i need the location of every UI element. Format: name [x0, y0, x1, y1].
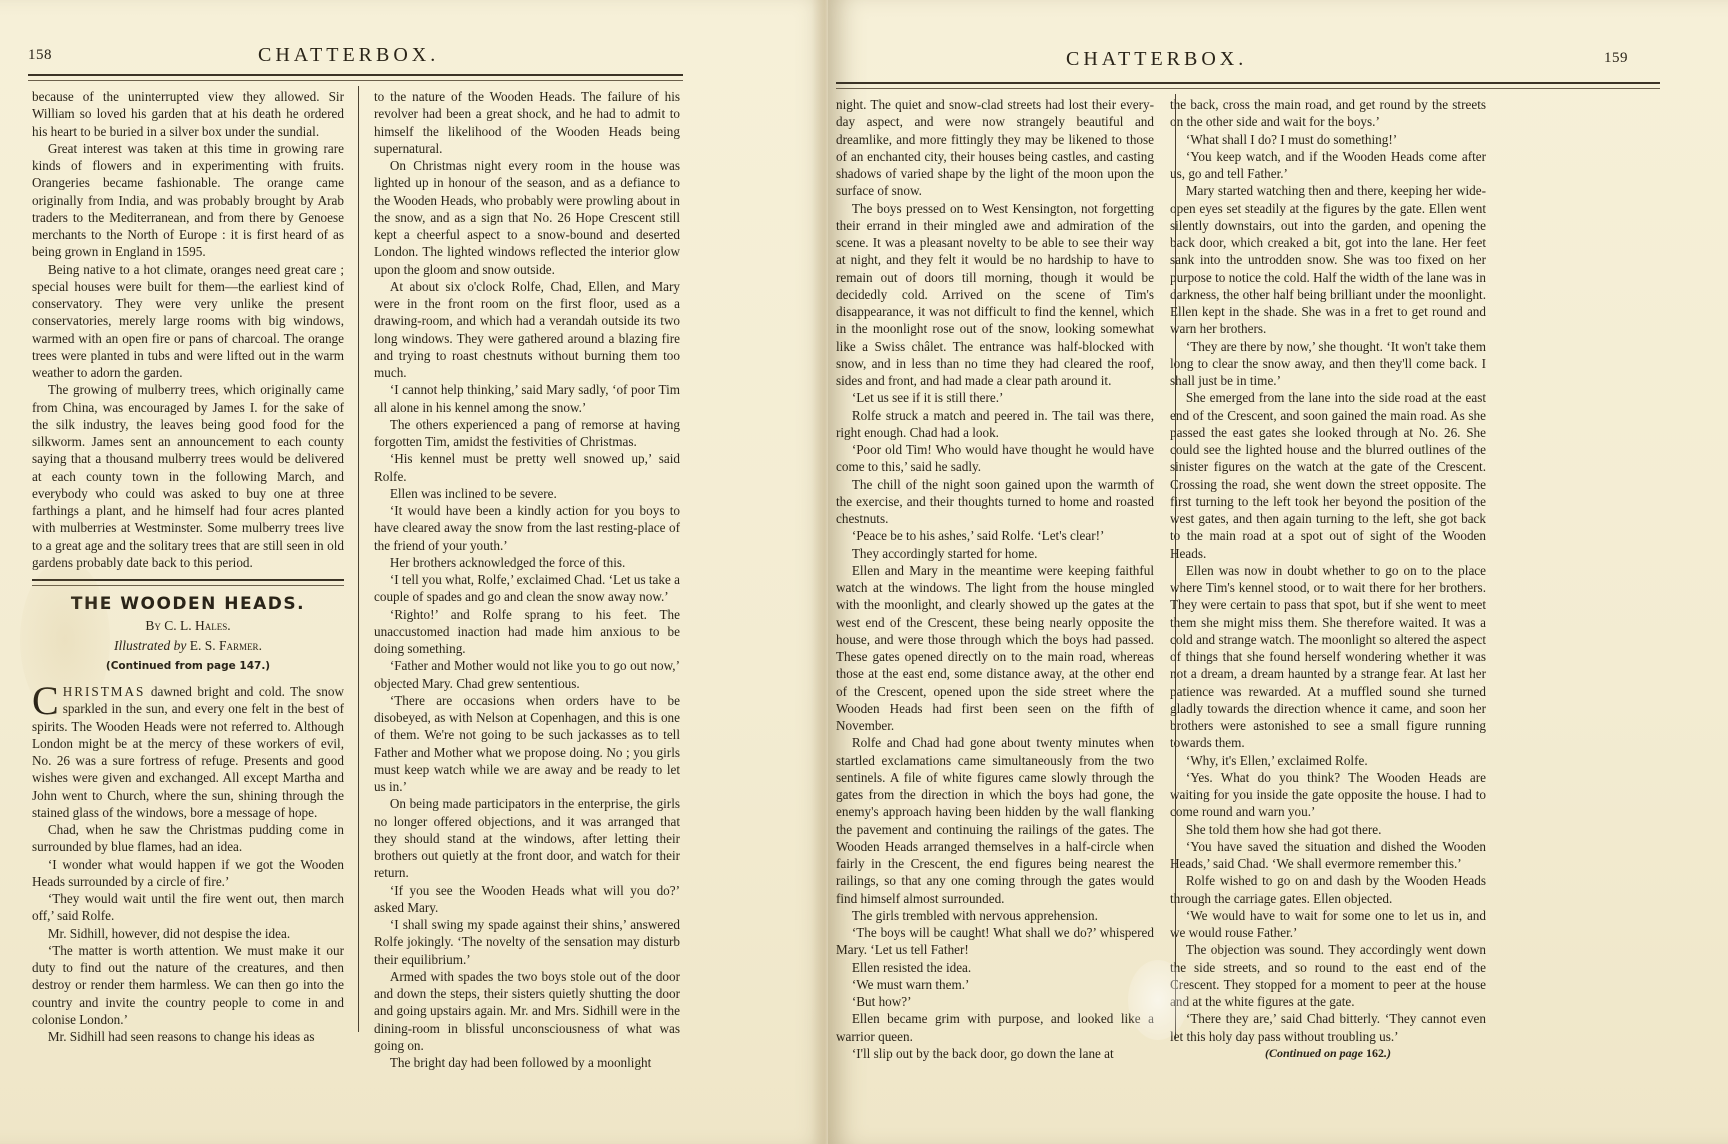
paragraph: ‘There they are,’ said Chad bitterly. ‘T…	[1170, 1010, 1486, 1045]
paragraph: ‘You have saved the situation and dished…	[1170, 838, 1486, 873]
paragraph: Mr. Sidhill, however, did not despise th…	[32, 925, 344, 942]
paragraph: ‘What shall I do? I must do something!’	[1170, 131, 1486, 148]
story-title: THE WOODEN HEADS.	[32, 596, 344, 613]
paragraph: The growing of mulberry trees, which ori…	[32, 381, 344, 571]
masthead-right: CHATTERBOX.	[1066, 48, 1247, 71]
continued-from-note: (Continued from page 147.)	[32, 658, 344, 675]
column-4-text: the back, cross the main road, and get r…	[1170, 96, 1486, 1045]
paragraph: ‘It would have been a kindly action for …	[374, 502, 680, 554]
paragraph: ‘Poor old Tim! Who would have thought he…	[836, 441, 1154, 476]
paragraph: ‘They are there by now,’ she thought. ‘I…	[1170, 338, 1486, 390]
paragraph: She emerged from the lane into the side …	[1170, 389, 1486, 562]
paragraph: Chad, when he saw the Christmas pudding …	[32, 821, 344, 856]
paragraph: Ellen was now in doubt whether to go on …	[1170, 562, 1486, 752]
paragraph: Rolfe and Chad had gone about twenty min…	[836, 734, 1154, 907]
paragraph: On Christmas night every room in the hou…	[374, 157, 680, 278]
paragraph: ‘Yes. What do you think? The Wooden Head…	[1170, 769, 1486, 821]
paragraph: ‘They would wait until the fire went out…	[32, 890, 344, 925]
header-rule-left	[28, 74, 683, 81]
paragraph: ‘We would have to wait for some one to l…	[1170, 907, 1486, 942]
continued-on-suffix: .)	[1384, 1046, 1391, 1060]
paragraph: ‘I wonder what would happen if we got th…	[32, 856, 344, 891]
paragraph: because of the uninterrupted view they a…	[32, 88, 344, 140]
section-rule	[32, 579, 344, 586]
column-1-intro-text: because of the uninterrupted view they a…	[32, 88, 344, 571]
lead-caps: HRISTMAS	[63, 684, 146, 699]
paragraph: ‘Father and Mother would not like you to…	[374, 657, 680, 692]
paragraph: ‘But how?’	[836, 993, 1154, 1010]
paragraph: ‘The matter is worth attention. We must …	[32, 942, 344, 1028]
paragraph: The others experienced a pang of remorse…	[374, 416, 680, 451]
continued-on-label: (Continued on page	[1265, 1046, 1363, 1060]
paragraph: ‘We must warn them.’	[836, 976, 1154, 993]
paragraph: The bright day had been followed by a mo…	[374, 1054, 680, 1071]
story-heading: THE WOODEN HEADS. By C. L. Hales. Illust…	[32, 596, 344, 675]
paragraph: Ellen was inclined to be severe.	[374, 485, 680, 502]
paragraph: On being made participators in the enter…	[374, 795, 680, 881]
paragraph: ‘There are occasions when orders have to…	[374, 692, 680, 796]
right-page: CHATTERBOX. 159 night. The quiet and sno…	[828, 0, 1728, 1144]
paragraph: Mr. Sidhill had seen reasons to change h…	[32, 1028, 344, 1045]
illustrated-by-label: Illustrated by	[114, 638, 186, 653]
paragraph: ‘I tell you what, Rolfe,’ exclaimed Chad…	[374, 571, 680, 606]
paragraph: ‘Righto!’ and Rolfe sprang to his feet. …	[374, 606, 680, 658]
column-3: night. The quiet and snow-clad streets h…	[836, 96, 1154, 1062]
paragraph: At about six o'clock Rolfe, Chad, Ellen,…	[374, 278, 680, 382]
paragraph: the back, cross the main road, and get r…	[1170, 96, 1486, 131]
paragraph: ‘I shall swing my spade against their sh…	[374, 916, 680, 968]
paragraph: The boys pressed on to West Kensington, …	[836, 200, 1154, 390]
masthead-left: CHATTERBOX.	[258, 44, 439, 67]
paragraph: Ellen became grim with purpose, and look…	[836, 1010, 1154, 1045]
column-1-story-text: Chad, when he saw the Christmas pudding …	[32, 821, 344, 1045]
column-1: because of the uninterrupted view they a…	[32, 88, 344, 1045]
paragraph: to the nature of the Wooden Heads. The f…	[374, 88, 680, 157]
continued-on-page: 162	[1366, 1046, 1384, 1060]
paragraph: ‘Why, it's Ellen,’ exclaimed Rolfe.	[1170, 752, 1486, 769]
opening-text: dawned bright and cold. The snow sparkle…	[32, 684, 344, 820]
story-opening-paragraph: CHRISTMAS dawned bright and cold. The sn…	[32, 683, 344, 821]
continued-on-note: (Continued on page 162.)	[1170, 1045, 1486, 1062]
page-number-left: 158	[28, 47, 52, 64]
paragraph: ‘Peace be to his ashes,’ said Rolfe. ‘Le…	[836, 527, 1154, 544]
column-divider-left	[358, 86, 359, 1032]
paragraph: Rolfe wished to go on and dash by the Wo…	[1170, 872, 1486, 907]
paragraph: She told them how she had got there.	[1170, 821, 1486, 838]
paragraph: They accordingly started for home.	[836, 545, 1154, 562]
paragraph: Being native to a hot climate, oranges n…	[32, 261, 344, 382]
story-illustrator: Illustrated by E. S. Farmer.	[32, 637, 344, 654]
paragraph: ‘I'll slip out by the back door, go down…	[836, 1045, 1154, 1062]
story-byline: By C. L. Hales.	[32, 617, 344, 634]
drop-cap: C	[32, 685, 59, 717]
paragraph: Great interest was taken at this time in…	[32, 140, 344, 261]
page-number-right: 159	[1604, 50, 1628, 67]
paragraph: ‘I cannot help thinking,’ said Mary sadl…	[374, 381, 680, 416]
paragraph: Rolfe struck a match and peered in. The …	[836, 407, 1154, 442]
paragraph: night. The quiet and snow-clad streets h…	[836, 96, 1154, 200]
paragraph: ‘If you see the Wooden Heads what will y…	[374, 882, 680, 917]
paragraph: Her brothers acknowledged the force of t…	[374, 554, 680, 571]
paragraph: ‘Let us see if it is still there.’	[836, 389, 1154, 406]
paragraph: ‘His kennel must be pretty well snowed u…	[374, 450, 680, 485]
paragraph: The chill of the night soon gained upon …	[836, 476, 1154, 528]
column-2: to the nature of the Wooden Heads. The f…	[374, 88, 680, 1071]
paragraph: The girls trembled with nervous apprehen…	[836, 907, 1154, 924]
paragraph: Ellen and Mary in the meantime were keep…	[836, 562, 1154, 735]
paragraph: Ellen resisted the idea.	[836, 959, 1154, 976]
column-4: the back, cross the main road, and get r…	[1170, 96, 1486, 1062]
left-page: 158 CHATTERBOX. because of the uninterru…	[0, 0, 828, 1144]
paragraph: The objection was sound. They accordingl…	[1170, 941, 1486, 1010]
paragraph: ‘You keep watch, and if the Wooden Heads…	[1170, 148, 1486, 183]
header-rule-right	[836, 82, 1660, 89]
paragraph: Mary started watching then and there, ke…	[1170, 182, 1486, 337]
illustrator-name: E. S. Farmer.	[190, 638, 262, 653]
paragraph: Armed with spades the two boys stole out…	[374, 968, 680, 1054]
paragraph: ‘The boys will be caught! What shall we …	[836, 924, 1154, 959]
